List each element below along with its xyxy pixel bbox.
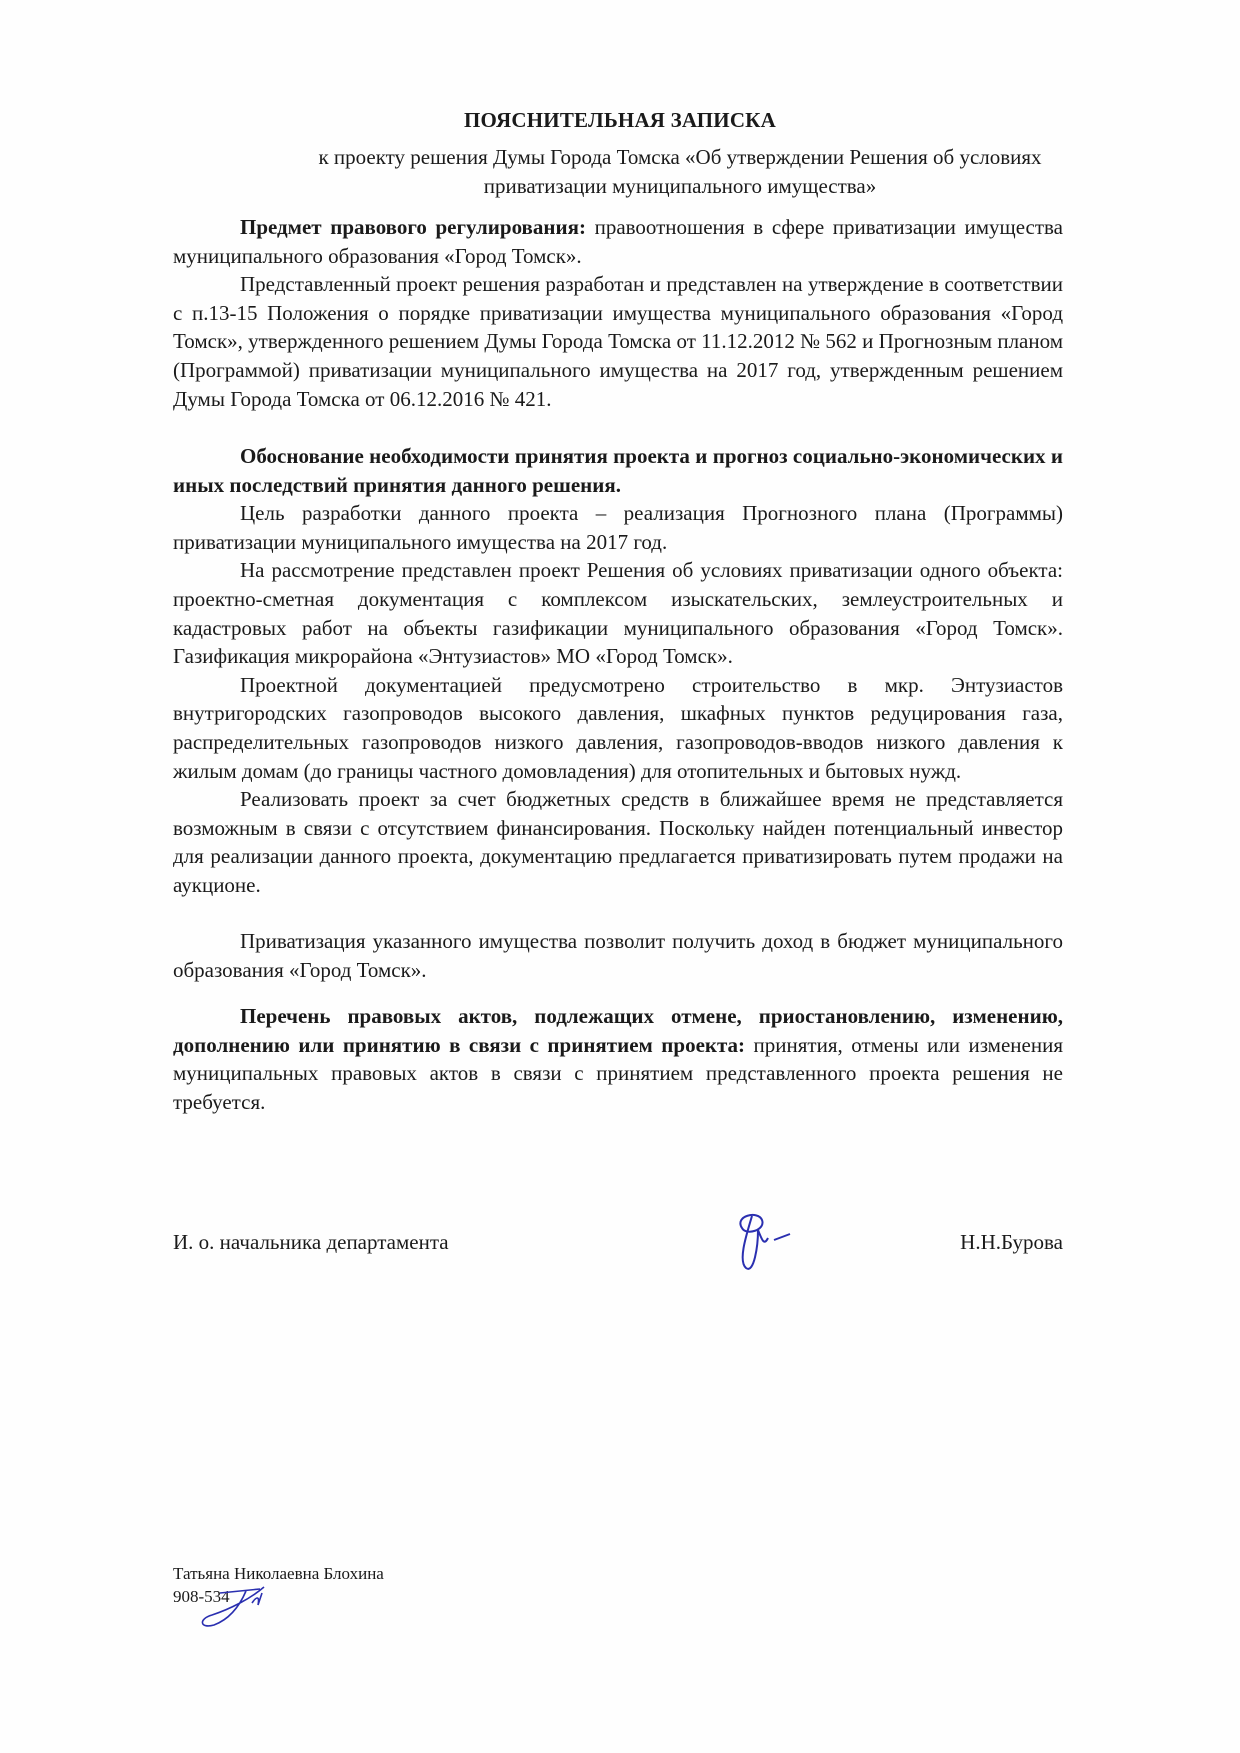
section-heading: Предмет правового регулирования: <box>240 215 586 239</box>
contact-name: Татьяна Николаевна Блохина <box>173 1562 384 1585</box>
section-heading: Обоснование необходимости принятия проек… <box>173 442 1063 499</box>
document-title: ПОЯСНИТЕЛЬНАЯ ЗАПИСКА <box>0 108 1240 133</box>
section-justification: Обоснование необходимости принятия проек… <box>173 442 1063 900</box>
subtitle-line-1: к проекту решения Думы Города Томска «Об… <box>240 143 1120 172</box>
paragraph: Реализовать проект за счет бюджетных сре… <box>173 785 1063 899</box>
paragraph: Цель разработки данного проекта – реализ… <box>173 499 1063 556</box>
paragraph: Проектной документацией предусмотрено ст… <box>173 671 1063 785</box>
section-legal-subject: Предмет правового регулирования: правоот… <box>173 213 1063 413</box>
signature-block: И. о. начальника департамента Н.Н.Бурова <box>173 1226 1063 1276</box>
paragraph: На рассмотрение представлен проект Решен… <box>173 556 1063 670</box>
paragraph: Представленный проект решения разработан… <box>173 270 1063 413</box>
section-income: Приватизация указанного имущества позвол… <box>173 927 1063 984</box>
signatory-name: Н.Н.Бурова <box>960 1230 1063 1255</box>
document-subtitle: к проекту решения Думы Города Томска «Об… <box>240 143 1120 201</box>
section-legal-acts: Перечень правовых актов, подлежащих отме… <box>173 1002 1063 1116</box>
handwritten-signature-icon <box>728 1206 818 1276</box>
signatory-position: И. о. начальника департамента <box>173 1230 449 1255</box>
paragraph: Приватизация указанного имущества позвол… <box>173 927 1063 984</box>
initials-signature-icon <box>190 1585 290 1635</box>
paragraph: Перечень правовых актов, подлежащих отме… <box>173 1002 1063 1116</box>
subtitle-line-2: приватизации муниципального имущества» <box>240 172 1120 201</box>
paragraph: Предмет правового регулирования: правоот… <box>173 213 1063 270</box>
document-page: ПОЯСНИТЕЛЬНАЯ ЗАПИСКА к проекту решения … <box>0 0 1240 1753</box>
